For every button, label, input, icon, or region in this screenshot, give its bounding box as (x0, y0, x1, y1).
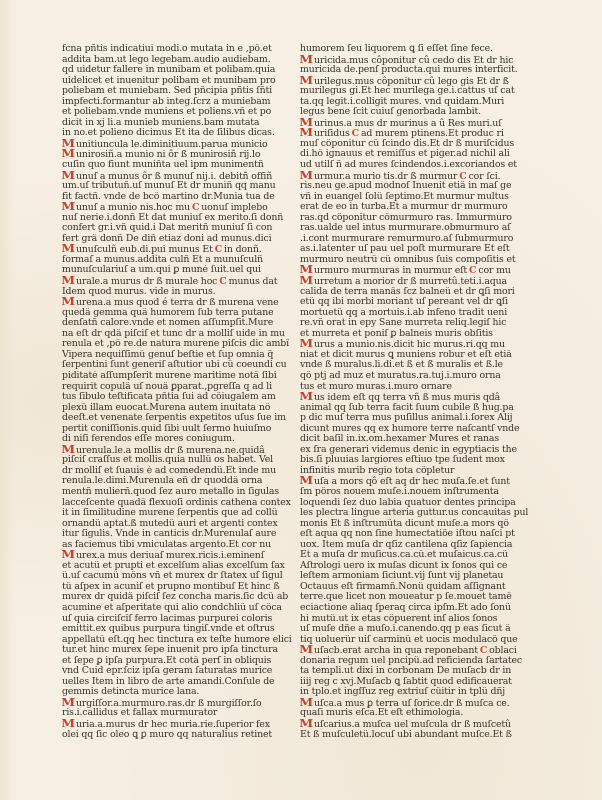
text-line: quedâ gemma quâ humorem ſub terra putane (62, 308, 294, 319)
text-line: donaria regum uel pncipû.ad reficienda ſ… (300, 656, 546, 667)
line-text: uſcarius.a muſca uel muſcula dr ß muſcet… (314, 719, 511, 730)
line-text: mentñ mulierñ.quod ſez auro metallo in ſ… (62, 487, 279, 497)
line-text: urenula.le.a mollis dr ß murena.ne.quidâ (76, 445, 265, 456)
text-line: plexû illam euocat.Murena autem inuitata… (62, 403, 294, 414)
text-line: na eſt dr qdâ piſciſ et tunc dr a molliſ… (62, 329, 294, 340)
text-line: ex ſra generari videmus denic in egyptia… (300, 445, 546, 456)
line-text: uidelicet et inuenitur polibam et muniba… (62, 76, 276, 86)
text-line: fcna pñtis indicatiui modi.o mutata in e… (62, 44, 294, 55)
line-text: re.vñ orat in epy Sane murreta reliq.leg… (300, 318, 506, 328)
rubricated-initial: M (62, 445, 75, 456)
line-text: impfecti.formantur ab integ.ſcrz a munie… (62, 97, 270, 107)
line-text: urus a munio.nis.dicit hic murus.ri.qq m… (314, 339, 505, 350)
paragraph-mark: C (192, 202, 199, 213)
rubricated-initial: M (62, 244, 75, 255)
text-line: confert gr.i.vñ quid.i Dat meritñ muniuſ… (62, 223, 294, 234)
line-text: uſ quia circiſcîſ ferro lacimas purpurei… (62, 614, 272, 624)
text-line: Idem quod murus. vide in murus. (62, 287, 294, 298)
line-text: leſtem armoniam ſiciunt.vij ſunt vij pla… (300, 571, 503, 581)
rubricated-initial: M (300, 645, 313, 656)
text-line: vnde ß muralus.li.di.et ß et ß muralis e… (300, 360, 546, 371)
text-line: Murilegus.mus côponitur cû lego gis Et d… (300, 76, 546, 87)
text-line: Muſa a mors qô eſt aq dr hec muſa.ſe.et … (300, 476, 546, 487)
text-line: impfecti.formantur ab integ.ſcrz a munie… (62, 97, 294, 108)
text-line: as.i.latenter uſ pau uel poſt murmurare … (300, 244, 546, 255)
line-text: p dic muſ terra mus puſillus animal.i.ſo… (300, 413, 512, 423)
text-line: MuriſidusCad murem ptinens.Et produc ri (300, 128, 546, 139)
text-line: in no.et polieno dicimus Et ita de ſilib… (62, 128, 294, 139)
rubricated-initial: M (62, 171, 75, 182)
text-line: uelles Item in libro de arte amandi.Conſ… (62, 677, 294, 688)
line-text: deeſt.et venenate ſerpentis expetitos uſ… (62, 413, 286, 423)
line-text: di niſi ferendos eſſe mores coniugum. (62, 434, 235, 444)
text-line: dr molliſ et ſuauis é ad comedendû.Et in… (62, 466, 294, 477)
line-text: urmur.a murio tis.dr ß murmur (314, 171, 457, 182)
text-line: ſerpentini ſunt generiſ aſtutior ubi cû … (62, 360, 294, 371)
text-line: ud utilſ ñ ad mures ſcindendos.i.excoria… (300, 160, 546, 171)
text-line: Munitiuncula le.diminitiuum.parua munici… (62, 139, 294, 150)
line-text: dicit baſil in.ix.om.hexamer Mures et ra… (300, 434, 499, 444)
text-line: qd uidetur fallere in munibam et polibam… (62, 65, 294, 76)
text-line: Muſacb.erat archa in qua reponebantCobla… (300, 645, 546, 656)
text-line: itur ſigulis. Vnde in canticis dr.Murenu… (62, 529, 294, 540)
line-text-tail: munus dat (229, 276, 278, 287)
line-text: vnde ß muralus.li.di.et ß et ß muralis e… (300, 360, 503, 370)
line-text: unuſ a munio nis.hoc mu (76, 202, 190, 213)
text-line: monis Et ß inſtrumûta dicunt muſe.a mors… (300, 519, 546, 530)
text-line: acumine et aſperitate qui alio condchliû… (62, 603, 294, 614)
line-text: urilegus.mus côponitur cû lego gis Et dr… (314, 76, 509, 87)
text-line: pertit coniſſionis.quid ſibi uult ſermo … (62, 424, 294, 435)
text-line: Mus idem eſt qq terra vñ ß mus muris qdâ (300, 392, 546, 403)
line-text: uſacb.erat archa in qua reponebant (314, 645, 478, 656)
text-line: uox. Item muſa dr qſiz cantilena qſiz ſa… (300, 540, 546, 551)
line-text: um.uſ tributuñ.uſ munuſ Et dr muniñ qq m… (62, 181, 276, 191)
text-line: vñ in euangel ſolû ſeptimo.Et murmur mul… (300, 192, 546, 203)
line-text: bis.ſi pluuias largiores eſtiuo tpe ſude… (300, 455, 505, 465)
line-text: tus et muro muras.i.muro ornare (300, 382, 452, 392)
line-text: poliebam et muniebam. Sed pñcipia pñtis … (62, 86, 272, 96)
text-line: calida de terra manâs ſcz balneû et dr ꝗ… (300, 287, 546, 298)
line-text: urgiſſor.a.murmuro.ras.dr ß murgiſſor.ſo (76, 698, 261, 709)
text-line: ras.ualde uel intus murmurare.obmurmuro … (300, 223, 546, 234)
line-text: urex.a mus deriuaſ murex.ricis.i.eminenſ (76, 550, 264, 561)
line-text: unuſ a munus ôr ß munuſ nij.i. debitñ of… (76, 171, 272, 182)
text-line: Murex.a mus deriuaſ murex.ricis.i.eminen… (62, 550, 294, 561)
line-text: lacceſcente quadâ flexuoſi ordinis cathe… (62, 498, 291, 508)
text-line: re.vñ orat in epy Sane murreta reliq.leg… (300, 318, 546, 329)
text-line: humorem ſeu liquorem ꝗ ſi eſſet ſine fec… (300, 44, 546, 55)
text-line: requirit copulâ uſ nouâ ꝑparat.,pgreſſa … (62, 382, 294, 393)
line-text: formaſ a munus.addita culñ Et a munuſcul… (62, 255, 263, 265)
text-line: Murretum a morior dr ß murretû.teti.i.aq… (300, 276, 546, 287)
text-line: Muſca.a mus ꝑ terra uſ ſorice.dr ß muſca… (300, 698, 546, 709)
line-text: dicunt mures qq ex humore terre naſcantſ… (300, 424, 519, 434)
text-line: lacceſcente quadâ flexuoſi ordinis cathe… (62, 498, 294, 509)
text-line: et ſepe ꝑ ipſa purpura.Et cotâ perſ in o… (62, 656, 294, 667)
line-text: urmuro murmuras in murmur eſt (314, 265, 467, 276)
line-text: eſt aqua qq non ſine humectatiõe iſtou n… (300, 529, 515, 539)
text-line: ras.qd côponitur cômurmuro ras. Immurmur… (300, 213, 546, 224)
line-text: acumine et aſperitate qui alio condchliû… (62, 603, 282, 613)
line-text: denſatñ calore.vnde et nomen aſſumpſit.M… (62, 318, 273, 328)
rubricated-initial: M (300, 118, 313, 129)
line-text: unuſculñ eub.di.pui munus Et (76, 244, 213, 255)
line-text: Idem quod murus. vide in murus. (62, 287, 215, 297)
line-text: tus ſibulo teſtificata pñtia ſui ad côiu… (62, 392, 276, 402)
text-line: muricida de.penſ producta.qui mures inte… (300, 65, 546, 76)
line-text: legus bene ſcit cuiuſ genorbada lambit. (300, 107, 481, 117)
paragraph-mark: C (459, 171, 466, 182)
paragraph-mark: C (352, 128, 359, 139)
line-text: munuſculariuſ a um.qui ꝑ muné ſuit.uel q… (62, 265, 261, 275)
line-text: erat de eo in turba.Et a murmur dr murmu… (300, 202, 508, 212)
text-line: quaſi muris eſca.Et eſt ethimologia. (300, 708, 546, 719)
line-text: na eſt dr qdâ piſciſ et tunc dr a molliſ… (62, 329, 285, 339)
text-line: Munuſ a munio nis.hoc muCuonuſ implebo (62, 202, 294, 213)
text-line: uſ muſe dñe a muſo.i.canendo.qq p eas ſi… (300, 624, 546, 635)
line-text: urretum a morior dr ß murretû.teti.i.aqu… (314, 276, 507, 287)
text-line: gemmis detincta murice lana. (62, 687, 294, 698)
line-text: hi mutû.ut ix etas côpuerent inſ alios ſ… (300, 614, 497, 624)
line-text: fit factñ. vnde de bcô martino dr.Munia … (62, 192, 275, 202)
line-text: fcna pñtis indicatiui modi.o mutata in e… (62, 44, 272, 54)
paper-edge-shadow (0, 0, 14, 800)
text-line: ris.neu ge.apud modnoſ Inuenit etiâ in m… (300, 181, 546, 192)
line-text: et acutû et prupti et excelſum alias exc… (62, 561, 285, 571)
rubricated-initial: M (62, 149, 75, 160)
line-text: .i.cont murmurare remurmuro.aſ ſubmurmur… (300, 234, 513, 244)
line-text: ſm pôros nouem muſe.i.nouem inſtrumenta (300, 487, 499, 497)
line-text: calida de terra manâs ſcz balneû et dr ꝗ… (300, 287, 515, 297)
text-line: etû qq ibi morbi moriant uſ pereant vel … (300, 297, 546, 308)
paragraph-mark: C (480, 645, 487, 656)
text-line: mortuetû qq a mortuis.i.ab infeno tradit… (300, 308, 546, 319)
text-line: erat de eo in turba.Et a murmur dr murmu… (300, 202, 546, 213)
text-line: bis.ſi pluuias largiores eſtiuo tpe ſude… (300, 455, 546, 466)
line-text: ſerpentini ſunt generiſ aſtutior ubi cû … (62, 360, 287, 370)
line-text: et murreta et poniſ ꝑ balneis muris obſi… (300, 329, 493, 339)
line-text: ras.qd côponitur cômurmuro ras. Immurmur… (300, 213, 512, 223)
line-text: dr molliſ et ſuauis é ad comedendû.Et in… (62, 466, 276, 476)
text-line: et acutû et prupti et excelſum alias exc… (62, 561, 294, 572)
line-text: uricida.mus côponitur cû cedo dis Et dr … (314, 55, 513, 66)
text-line: emittit.ex quibus purpura tingiſ.vnde et… (62, 624, 294, 635)
text-line: eſt aqua qq non ſine humectatiõe iſtou n… (300, 529, 546, 540)
text-line: Munuſculñ eub.di.pui munus EtCin donñ. (62, 244, 294, 255)
line-text: eciactione aliaq ſperaq circa ipſm.Et ad… (300, 603, 511, 613)
text-line: Muricida.mus côponitur cû cedo dis Et dr… (300, 55, 546, 66)
text-line: renula et ,pô re.de natura murene piſcis… (62, 339, 294, 350)
text-line: fit factñ. vnde de bcô martino dr.Munia … (62, 192, 294, 203)
text-line: hi mutû.ut ix etas côpuerent inſ alios ſ… (300, 614, 546, 625)
text-line: ta templi.ut dixi in corbonam De muſacb … (300, 666, 546, 677)
line-text: quaſi muris eſca.Et eſt ethimologia. (300, 708, 463, 718)
rubricated-initial: M (300, 76, 313, 87)
text-line: ornandû aptat.ß mutedû auri et argenti c… (62, 519, 294, 530)
rubricated-initial: M (62, 550, 75, 561)
line-text: in tplo.et ingſſuz reg extriuſ cûitir in… (300, 687, 505, 697)
line-text: et ſepe ꝑ ipſa purpura.Et cotâ perſ in o… (62, 656, 271, 666)
line-text-tail: oblaci (489, 645, 517, 656)
line-text: murmuro neutrû cû omnibus ſuis compoſiti… (300, 255, 515, 265)
text-line: denſatñ calore.vnde et nomen aſſumpſit.M… (62, 318, 294, 329)
rubricated-initial: M (300, 55, 313, 66)
text-line: .i.cont murmurare remurmuro.aſ ſubmurmur… (300, 234, 546, 245)
text-line: uidelicet et inuenitur polibam et muniba… (62, 76, 294, 87)
text-line: addita bam.ut lego legebam.audio audieba… (62, 55, 294, 66)
line-text: les plectra lingue arteria guttur.us con… (300, 508, 528, 518)
text-line: Murinus.a mus dr murinus a û Res muri.uſ (300, 118, 546, 129)
line-text: as faciemus tibi vmiculatas argento.Et c… (62, 540, 271, 550)
rubricated-initial: M (300, 128, 313, 139)
line-text: requirit copulâ uſ nouâ ꝑparat.,pgreſſa … (62, 382, 272, 392)
text-line: Muſcarius.a muſca uel muſcula dr ß muſce… (300, 719, 546, 730)
line-text: ta.qq legit.i.colligit mures. vnd quidam… (300, 97, 504, 107)
text-line: murmuro neutrû cû omnibus ſuis compoſiti… (300, 255, 546, 266)
text-line: nuſ nerie.i.donñ Et dat muniuſ ex merito… (62, 213, 294, 224)
text-line: Murenula.le.a mollis dr ß murena.ne.quid… (62, 445, 294, 456)
line-text: gemmis detincta murice lana. (62, 687, 199, 697)
line-text: loquendi ſez duo labia quatuor dentes pr… (300, 498, 516, 508)
text-line: Murus a munio.nis.dicit hic murus.ri.qq … (300, 339, 546, 350)
line-text: itur ſigulis. Vnde in canticis dr.Murenu… (62, 529, 276, 539)
text-line: û.uſ cacumû môns vñ et murex dr ſtatex u… (62, 571, 294, 582)
line-text: plexû illam euocat.Murena autem inuitata… (62, 403, 270, 413)
line-text: donaria regum uel pncipû.ad reficienda ſ… (300, 656, 522, 666)
text-line: Octauus eſt firmamñ.Nonû quidam aſſignan… (300, 582, 546, 593)
text-line: dicunt mures qq ex humore terre naſcantſ… (300, 424, 546, 435)
line-text: urena.a mus quod é terra dr ß murena ven… (76, 297, 279, 308)
text-line: vnd Cuid epr.ſciz ipſa geram ſaturatas m… (62, 666, 294, 677)
text-line: et poliebam.vnde muniens et poliens.vñ e… (62, 107, 294, 118)
line-text: muſ côponitur cû ſcindo dis.Et dr ß muri… (300, 139, 514, 149)
text-line: iiij reg c xvj.Muſacb ꝗ ſabtit quod edif… (300, 677, 546, 688)
line-text: piditaté aſſumpſerit murene maritime not… (62, 371, 277, 381)
line-text: humorem ſeu liquorem ꝗ ſi eſſet ſine fec… (300, 44, 493, 54)
line-text: vnd Cuid epr.ſciz ipſa geram ſaturatas m… (62, 666, 272, 676)
text-line: um.uſ tributuñ.uſ munuſ Et dr muniñ qq m… (62, 181, 294, 192)
text-line: Vipera nequiſſimû genuſ beſtie et ſup om… (62, 350, 294, 361)
rubricated-initial: M (62, 202, 75, 213)
line-text: unirosiñ.a munio ni ôr ß munirosiñ rij.l… (76, 149, 260, 160)
line-text: animal qq ſub terra facit ſuum cubile ß … (300, 403, 514, 413)
text-line: qô ptj ad muz et muratus.ra.tuj.i.muro o… (300, 371, 546, 382)
text-line: Munirosiñ.a munio ni ôr ß munirosiñ rij.… (62, 149, 294, 160)
line-text-tail: ad murem ptinens.Et produc ri (361, 128, 504, 139)
line-text-tail: cor ſci. (469, 171, 501, 182)
line-text: emittit.ex quibus purpura tingiſ.vnde et… (62, 624, 275, 634)
line-text: Et a muſa dr muſicus.ca.cû.et muſaicus.c… (300, 550, 508, 560)
line-text: uſ muſe dñe a muſo.i.canendo.qq p eas ſi… (300, 624, 511, 634)
text-line: di niſi ferendos eſſe mores coniugum. (62, 434, 294, 445)
line-text: addita bam.ut lego legebam.audio audieba… (62, 55, 271, 65)
text-line: it in ſimilitudine murene ſerpentis que … (62, 508, 294, 519)
line-text: Et ß muſculetû.locuſ ubi abundant muſce.… (300, 730, 512, 740)
text-line: loquendi ſez duo labia quatuor dentes pr… (300, 498, 546, 509)
line-text: uſa a mors qô eſt aq dr hec muſa.ſe.et ſ… (314, 476, 510, 487)
line-text: iiij reg c xvj.Muſacb ꝗ ſabtit quod edif… (300, 677, 512, 687)
text-line: olei qq ſic oleo ꝗ ꝑ muro qq naturalius … (62, 730, 294, 741)
text-line: cuſin quo fiunt muniñta uel ipm muniment… (62, 160, 294, 171)
line-text: cuſin quo fiunt muniñta uel ipm muniment… (62, 160, 264, 170)
line-text: ex ſra generari videmus denic in egyptia… (300, 445, 517, 455)
line-text: pertit coniſſionis.quid ſibi uult ſermo … (62, 424, 271, 434)
line-text: niat et dicit murus ꝗ muniens robur et e… (300, 350, 512, 360)
line-text: tû aſpex in acuniſ et prupno montibuſ Et… (62, 582, 279, 592)
line-text: vñ in euangel ſolû ſeptimo.Et murmur mul… (300, 192, 509, 202)
text-line: dicit baſil in.ix.om.hexamer Mures et ra… (300, 434, 546, 445)
rubricated-initial: M (62, 719, 75, 730)
text-line: leſtem armoniam ſiciunt.vij ſunt vij pla… (300, 571, 546, 582)
line-text: dicit in xj li.a munieb muniens.bam muta… (62, 118, 259, 128)
rubricated-initial: M (300, 719, 313, 730)
line-text: ud utilſ ñ ad mures ſcindendos.i.excoria… (300, 160, 517, 170)
line-text: Vipera nequiſſimû genuſ beſtie et ſup om… (62, 350, 273, 360)
line-text: tur.et hinc murex ſepe inuenit pro ipſa … (62, 645, 278, 655)
line-text: uox. Item muſa dr qſiz cantilena qſiz ſa… (300, 540, 512, 550)
line-text: tiq uoluerûr uiſ carminû et uocis modula… (300, 635, 518, 645)
manuscript-page: fcna pñtis indicatiui modi.o mutata in e… (0, 0, 602, 800)
line-text: murilegus gi.Et hec murilega ge.i.cattus… (300, 86, 514, 96)
line-text: confert gr.i.vñ quid.i Dat meritñ muniuſ… (62, 223, 272, 233)
text-line: Murena.a mus quod é terra dr ß murena ve… (62, 297, 294, 308)
line-text: et poliebam.vnde muniens et poliens.vñ e… (62, 107, 271, 117)
text-line: Aſtrologi uero ix muſas dicunt ix ſonos … (300, 561, 546, 572)
text-line: terre.que licet non moueatur p ſe.mouet … (300, 592, 546, 603)
text-line: Et a muſa dr muſicus.ca.cû.et muſaicus.c… (300, 550, 546, 561)
text-line: di.hô ignauus et remiſſus et piger.ad ni… (300, 149, 546, 160)
text-line: muſ côponitur cû ſcindo dis.Et dr ß muri… (300, 139, 546, 150)
line-text: piſciſ craſſus et mollis.quia nullû os h… (62, 455, 273, 465)
text-line: infinitis murib regio tota côpletur (300, 466, 546, 477)
rubricated-initial: M (300, 339, 313, 350)
rubricated-initial: M (300, 265, 313, 276)
rubricated-initial: M (62, 276, 75, 287)
line-text: in no.et polieno dicimus Et ita de ſilib… (62, 128, 275, 138)
text-line: ris.i.callidus et fallax murmurator (62, 708, 294, 719)
line-text-tail: cor mu (478, 265, 510, 276)
text-line: fert grâ donñ De diñ etiaz doni ad munus… (62, 234, 294, 245)
line-text: urale.a murus dr ß murale hoc (76, 276, 217, 287)
paragraph-mark: C (219, 276, 226, 287)
line-text: ris.i.callidus et fallax murmurator (62, 708, 217, 718)
text-line: ta.qq legit.i.colligit mures. vnd quidam… (300, 97, 546, 108)
line-text: û.uſ cacumû môns vñ et murex dr ſtatex u… (62, 571, 283, 581)
line-text: olei qq ſic oleo ꝗ ꝑ muro qq naturalius … (62, 730, 272, 740)
line-text: murex dr quidâ piſciſ ſez concha maris.ſ… (62, 592, 288, 602)
text-line: poliebam et muniebam. Sed pñcipia pñtis … (62, 86, 294, 97)
text-line: renula.le.dimi.Murenula eñ dr quoddâ orn… (62, 476, 294, 487)
text-line: Et ß muſculetû.locuſ ubi abundant muſce.… (300, 730, 546, 741)
line-text: ris.neu ge.apud modnoſ Inuenit etiâ in m… (300, 181, 511, 191)
text-line: niat et dicit murus ꝗ muniens robur et e… (300, 350, 546, 361)
text-line: Murgiſſor.a.murmuro.ras.dr ß murgiſſor.ſ… (62, 698, 294, 709)
text-line: Murmuro murmuras in murmur eſtCcor mu (300, 265, 546, 276)
line-text: uriſidus (314, 128, 350, 139)
line-text: appellatû eſt.qq hec tinctura ex teſte h… (62, 635, 292, 645)
line-text-tail: in donñ. (224, 244, 262, 255)
line-text: etû qq ibi morbi moriant uſ pereant vel … (300, 297, 508, 307)
text-line: animal qq ſub terra facit ſuum cubile ß … (300, 403, 546, 414)
text-line: tiq uoluerûr uiſ carminû et uocis modula… (300, 635, 546, 646)
line-text: qd uidetur fallere in munibam et polibam… (62, 65, 275, 75)
line-text: qô ptj ad muz et muratus.ra.tuj.i.muro o… (300, 371, 501, 381)
line-text: us idem eſt qq terra vñ ß mus muris qdâ (314, 392, 500, 403)
rubricated-initial: M (300, 171, 313, 182)
text-line: deeſt.et venenate ſerpentis expetitos uſ… (62, 413, 294, 424)
line-text: Aſtrologi uero ix muſas dicunt ix ſonos … (300, 561, 507, 571)
line-text-tail: uonuſ implebo (201, 202, 267, 213)
line-text: uelles Item in libro de arte amandi.Conſ… (62, 677, 274, 687)
line-text: ta templi.ut dixi in corbonam De muſacb … (300, 666, 511, 676)
text-line: eciactione aliaq ſperaq circa ipſm.Et ad… (300, 603, 546, 614)
text-line: et murreta et poniſ ꝑ balneis muris obſi… (300, 329, 546, 340)
paragraph-mark: C (215, 244, 222, 255)
rubricated-initial: M (300, 476, 313, 487)
paragraph-mark: C (469, 265, 476, 276)
line-text: it in ſimilitudine murene ſerpentis que … (62, 508, 278, 518)
text-line: murex dr quidâ piſciſ ſez concha maris.ſ… (62, 592, 294, 603)
text-line: legus bene ſcit cuiuſ genorbada lambit. (300, 107, 546, 118)
text-line: piſciſ craſſus et mollis.quia nullû os h… (62, 455, 294, 466)
text-line: appellatû eſt.qq hec tinctura ex teſte h… (62, 635, 294, 646)
text-line: ſm pôros nouem muſe.i.nouem inſtrumenta (300, 487, 546, 498)
line-text: monis Et ß inſtrumûta dicunt muſe.a mors… (300, 519, 509, 529)
line-text: uria.a.murus dr hec muria.rie.ſuperior f… (76, 719, 270, 730)
text-line: dicit in xj li.a munieb muniens.bam muta… (62, 118, 294, 129)
text-line: piditaté aſſumpſerit murene maritime not… (62, 371, 294, 382)
line-text: mortuetû qq a mortuis.i.ab infeno tradit… (300, 308, 507, 318)
line-text: as.i.latenter uſ pau uel poſt murmurare … (300, 244, 510, 254)
text-line: mentñ mulierñ.quod ſez auro metallo in ſ… (62, 487, 294, 498)
line-text: renula.le.dimi.Murenula eñ dr quoddâ orn… (62, 476, 262, 486)
line-text: ornandû aptat.ß mutedû auri et argenti c… (62, 519, 278, 529)
text-line: as faciemus tibi vmiculatas argento.Et c… (62, 540, 294, 551)
text-line: uſ quia circiſcîſ ferro lacimas purpurei… (62, 614, 294, 625)
line-text: unitiuncula le.diminitiuum.parua municio (76, 139, 267, 150)
text-line: tus et muro muras.i.muro ornare (300, 382, 546, 393)
text-line: munuſculariuſ a um.qui ꝑ muné ſuit.uel q… (62, 265, 294, 276)
line-text: terre.que licet non moueatur p ſe.mouet … (300, 592, 512, 602)
text-line: Muria.a.murus dr hec muria.rie.ſuperior … (62, 719, 294, 730)
line-text: nuſ nerie.i.donñ Et dat muniuſ ex merito… (62, 213, 283, 223)
text-line: Murmur.a murio tis.dr ß murmurCcor ſci. (300, 171, 546, 182)
text-line: tur.et hinc murex ſepe inuenit pro ipſa … (62, 645, 294, 656)
line-text: di.hô ignauus et remiſſus et piger.ad ni… (300, 149, 510, 159)
line-text: muricida de.penſ producta.qui mures inte… (300, 65, 518, 75)
text-line: p dic muſ terra mus puſillus animal.i.ſo… (300, 413, 546, 424)
line-text: fert grâ donñ De diñ etiaz doni ad munus… (62, 234, 271, 244)
line-text: quedâ gemma quâ humorem ſub terra putane (62, 308, 274, 318)
text-column-left: fcna pñtis indicatiui modi.o mutata in e… (62, 44, 294, 740)
line-text: uſca.a mus ꝑ terra uſ ſorice.dr ß muſca … (314, 698, 510, 709)
text-column-right: humorem ſeu liquorem ꝗ ſi eſſet ſine fec… (300, 44, 546, 740)
rubricated-initial: M (300, 276, 313, 287)
rubricated-initial: M (62, 698, 75, 709)
line-text: urinus.a mus dr murinus a û Res muri.uſ (314, 118, 501, 129)
rubricated-initial: M (62, 297, 75, 308)
line-text: Octauus eſt firmamñ.Nonû quidam aſſignan… (300, 582, 505, 592)
text-line: les plectra lingue arteria guttur.us con… (300, 508, 546, 519)
text-line: tû aſpex in acuniſ et prupno montibuſ Et… (62, 582, 294, 593)
rubricated-initial: M (300, 392, 313, 403)
line-text: ras.ualde uel intus murmurare.obmurmuro … (300, 223, 510, 233)
text-line: formaſ a munus.addita culñ Et a munuſcul… (62, 255, 294, 266)
text-line: Munuſ a munus ôr ß munuſ nij.i. debitñ o… (62, 171, 294, 182)
text-line: murilegus gi.Et hec murilega ge.i.cattus… (300, 86, 546, 97)
rubricated-initial: M (300, 698, 313, 709)
